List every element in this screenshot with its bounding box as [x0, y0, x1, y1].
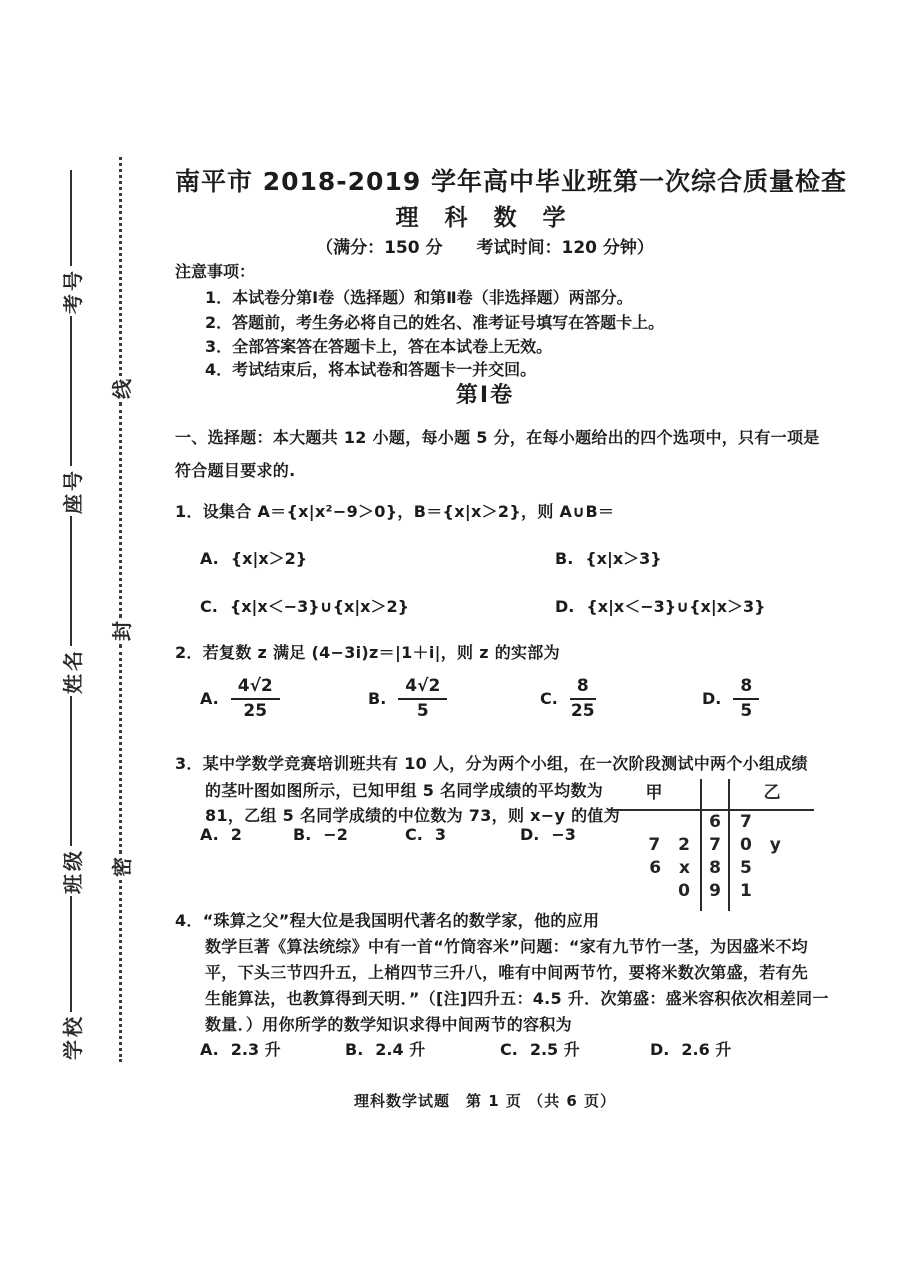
option-3b: B.−2 [293, 825, 405, 844]
option-3d: D.−3 [520, 825, 576, 844]
exam-subject: 理 科 数 学 [175, 199, 795, 232]
question-2-options: A.4√225 B.4√25 C.825 D.85 [200, 676, 759, 723]
stem-leaf-header-stem [700, 779, 730, 811]
question-4-line5: 数量．）用你所学的数学知识求得中间两节的容积为 [205, 1012, 572, 1035]
section1-instructions-line1: 一、选择题：本大题共 12 小题，每小题 5 分，在每小题给出的四个选项中，只有… [175, 425, 820, 448]
option-1b: B.{x|x＞3} [555, 546, 662, 569]
section1-instructions-line2: 符合题目要求的. [175, 458, 295, 481]
seal-char-feng: 封 [106, 618, 135, 644]
option-2c: C.825 [540, 676, 702, 723]
seal-label-school: 学校 [57, 1012, 86, 1062]
question-1-text: 1．设集合 A＝{x|x²−9＞0}，B＝{x|x＞2}，则 A∪B＝ [175, 499, 614, 522]
leaf-left: 0 [608, 880, 700, 903]
fill-line-name [70, 516, 72, 646]
seal-char-mi: 密 [106, 854, 135, 880]
seal-label-exam-number: 考号 [57, 266, 86, 316]
seal-char-xian: 线 [106, 376, 135, 402]
fill-line-seat-number [70, 316, 72, 466]
exam-paper-page: 学校 班级 姓名 座号 考号 密 封 线 南平市 2018-2019 学年高中毕… [0, 0, 900, 1272]
fraction: 4√25 [398, 676, 447, 723]
question-2-text: 2．若复数 z 满足 (4−3i)z＝|1＋i|，则 z 的实部为 [175, 640, 560, 663]
option-1a-text: {x|x＞2} [231, 549, 307, 568]
page-footer: 理科数学试题 第 1 页 （共 6 页） [175, 1090, 795, 1111]
student-info-strip: 学校 班级 姓名 座号 考号 [48, 170, 94, 1062]
option-1d-text: {x|x＜−3}∪{x|x＞3} [586, 597, 765, 616]
stem-and-leaf-plot: 甲 乙 6 7 7 2 7 0 y 6 x 8 5 0 9 1 [608, 779, 814, 911]
seal-label-class: 班级 [57, 846, 86, 896]
fraction: 825 [570, 676, 596, 723]
exam-content: 南平市 2018-2019 学年高中毕业班第一次综合质量检查 理 科 数 学 （… [175, 0, 795, 1272]
question-3-line3: 81，乙组 5 名同学成绩的中位数为 73，则 x−y 的值为 [205, 803, 620, 826]
leaf-left: 7 2 [608, 834, 700, 857]
option-4d: D.2.6 升 [650, 1037, 731, 1060]
option-1b-text: {x|x＞3} [585, 549, 661, 568]
fill-line-exam-number [70, 170, 72, 266]
option-1d: D.{x|x＜−3}∪{x|x＞3} [555, 594, 766, 617]
dotted-segment [119, 402, 122, 618]
dotted-segment [119, 880, 122, 1062]
question-1-options-row2: C.{x|x＜−3}∪{x|x＞2} D.{x|x＜−3}∪{x|x＞3} [200, 594, 766, 617]
option-4b: B.2.4 升 [345, 1037, 500, 1060]
dotted-segment [119, 644, 122, 854]
option-2b: B.4√25 [368, 676, 540, 723]
question-4-options: A.2.3 升 B.2.4 升 C.2.5 升 D.2.6 升 [200, 1037, 731, 1060]
question-4-line1: 4．“珠算之父”程大位是我国明代著名的数学家，他的应用 [175, 908, 599, 931]
option-1c-text: {x|x＜−3}∪{x|x＞2} [230, 597, 409, 616]
notice-item: 1．本试卷分第Ⅰ卷（选择题）和第Ⅱ卷（非选择题）两部分。 [205, 285, 633, 308]
option-2d: D.85 [702, 676, 759, 723]
notice-item: 3．全部答案答在答题卡上，答在本试卷上无效。 [205, 334, 552, 357]
seal-label-name: 姓名 [57, 646, 86, 696]
option-2a: A.4√225 [200, 676, 368, 723]
exam-score-duration: （满分：150 分 考试时间：120 分钟） [175, 233, 795, 258]
option-3c: C.3 [405, 825, 520, 844]
section1-heading: 第Ⅰ卷 [175, 378, 795, 409]
dotted-segment [119, 157, 122, 376]
notice-item: 2．答题前，考生务必将自己的姓名、准考证号填写在答题卡上。 [205, 310, 664, 333]
question-4-line3: 平，下头三节四升五，上梢四节三升八，唯有中间两节竹，要将米数次第盛，若有先 [205, 960, 808, 983]
stem-leaf-header-right: 乙 [730, 779, 814, 811]
leaf-right: 0 y [730, 834, 814, 857]
leaf-right: 7 [730, 811, 814, 834]
question-1-options-row1: A.{x|x＞2} B.{x|x＞3} [200, 546, 662, 569]
option-3a: A.2 [200, 825, 293, 844]
notice-heading: 注意事项： [175, 259, 255, 282]
leaf-right: 5 [730, 857, 814, 880]
seal-dotted-line: 密 封 线 [104, 157, 136, 1062]
question-3-options: A.2 B.−2 C.3 D.−3 [200, 825, 576, 844]
fill-line-class [70, 696, 72, 846]
fraction: 4√225 [231, 676, 280, 723]
fraction: 85 [733, 676, 759, 723]
option-1c: C.{x|x＜−3}∪{x|x＞2} [200, 594, 555, 617]
option-1a: A.{x|x＞2} [200, 546, 555, 569]
option-4a: A.2.3 升 [200, 1037, 345, 1060]
question-4-line2: 数学巨著《算法统综》中有一首“竹筒容米”问题：“家有九节竹一茎，为因盛米不均 [205, 934, 808, 957]
stem: 9 [700, 880, 730, 903]
question-3-line2: 的茎叶图如图所示，已知甲组 5 名同学成绩的平均数为 [205, 778, 603, 801]
question-4-line4: 生能算法，也教算得到天明．”（[注]四升五：4.5 升．次第盛：盛米容积依次相差… [205, 986, 829, 1009]
seal-label-seat-number: 座号 [57, 466, 86, 516]
leaf-right: 1 [730, 880, 814, 903]
notice-item: 4．考试结束后，将本试卷和答题卡一并交回。 [205, 357, 536, 380]
stem: 7 [700, 834, 730, 857]
fill-line-school [70, 896, 72, 1012]
stem: 6 [700, 811, 730, 834]
option-4c: C.2.5 升 [500, 1037, 650, 1060]
exam-title: 南平市 2018-2019 学年高中毕业班第一次综合质量检查 [175, 162, 795, 198]
leaf-left [608, 811, 700, 834]
stem-leaf-header-left: 甲 [608, 779, 700, 811]
leaf-left: 6 x [608, 857, 700, 880]
stem: 8 [700, 857, 730, 880]
question-3-line1: 3．某中学数学竞赛培训班共有 10 人，分为两个小组，在一次阶段测试中两个小组成… [175, 751, 808, 774]
